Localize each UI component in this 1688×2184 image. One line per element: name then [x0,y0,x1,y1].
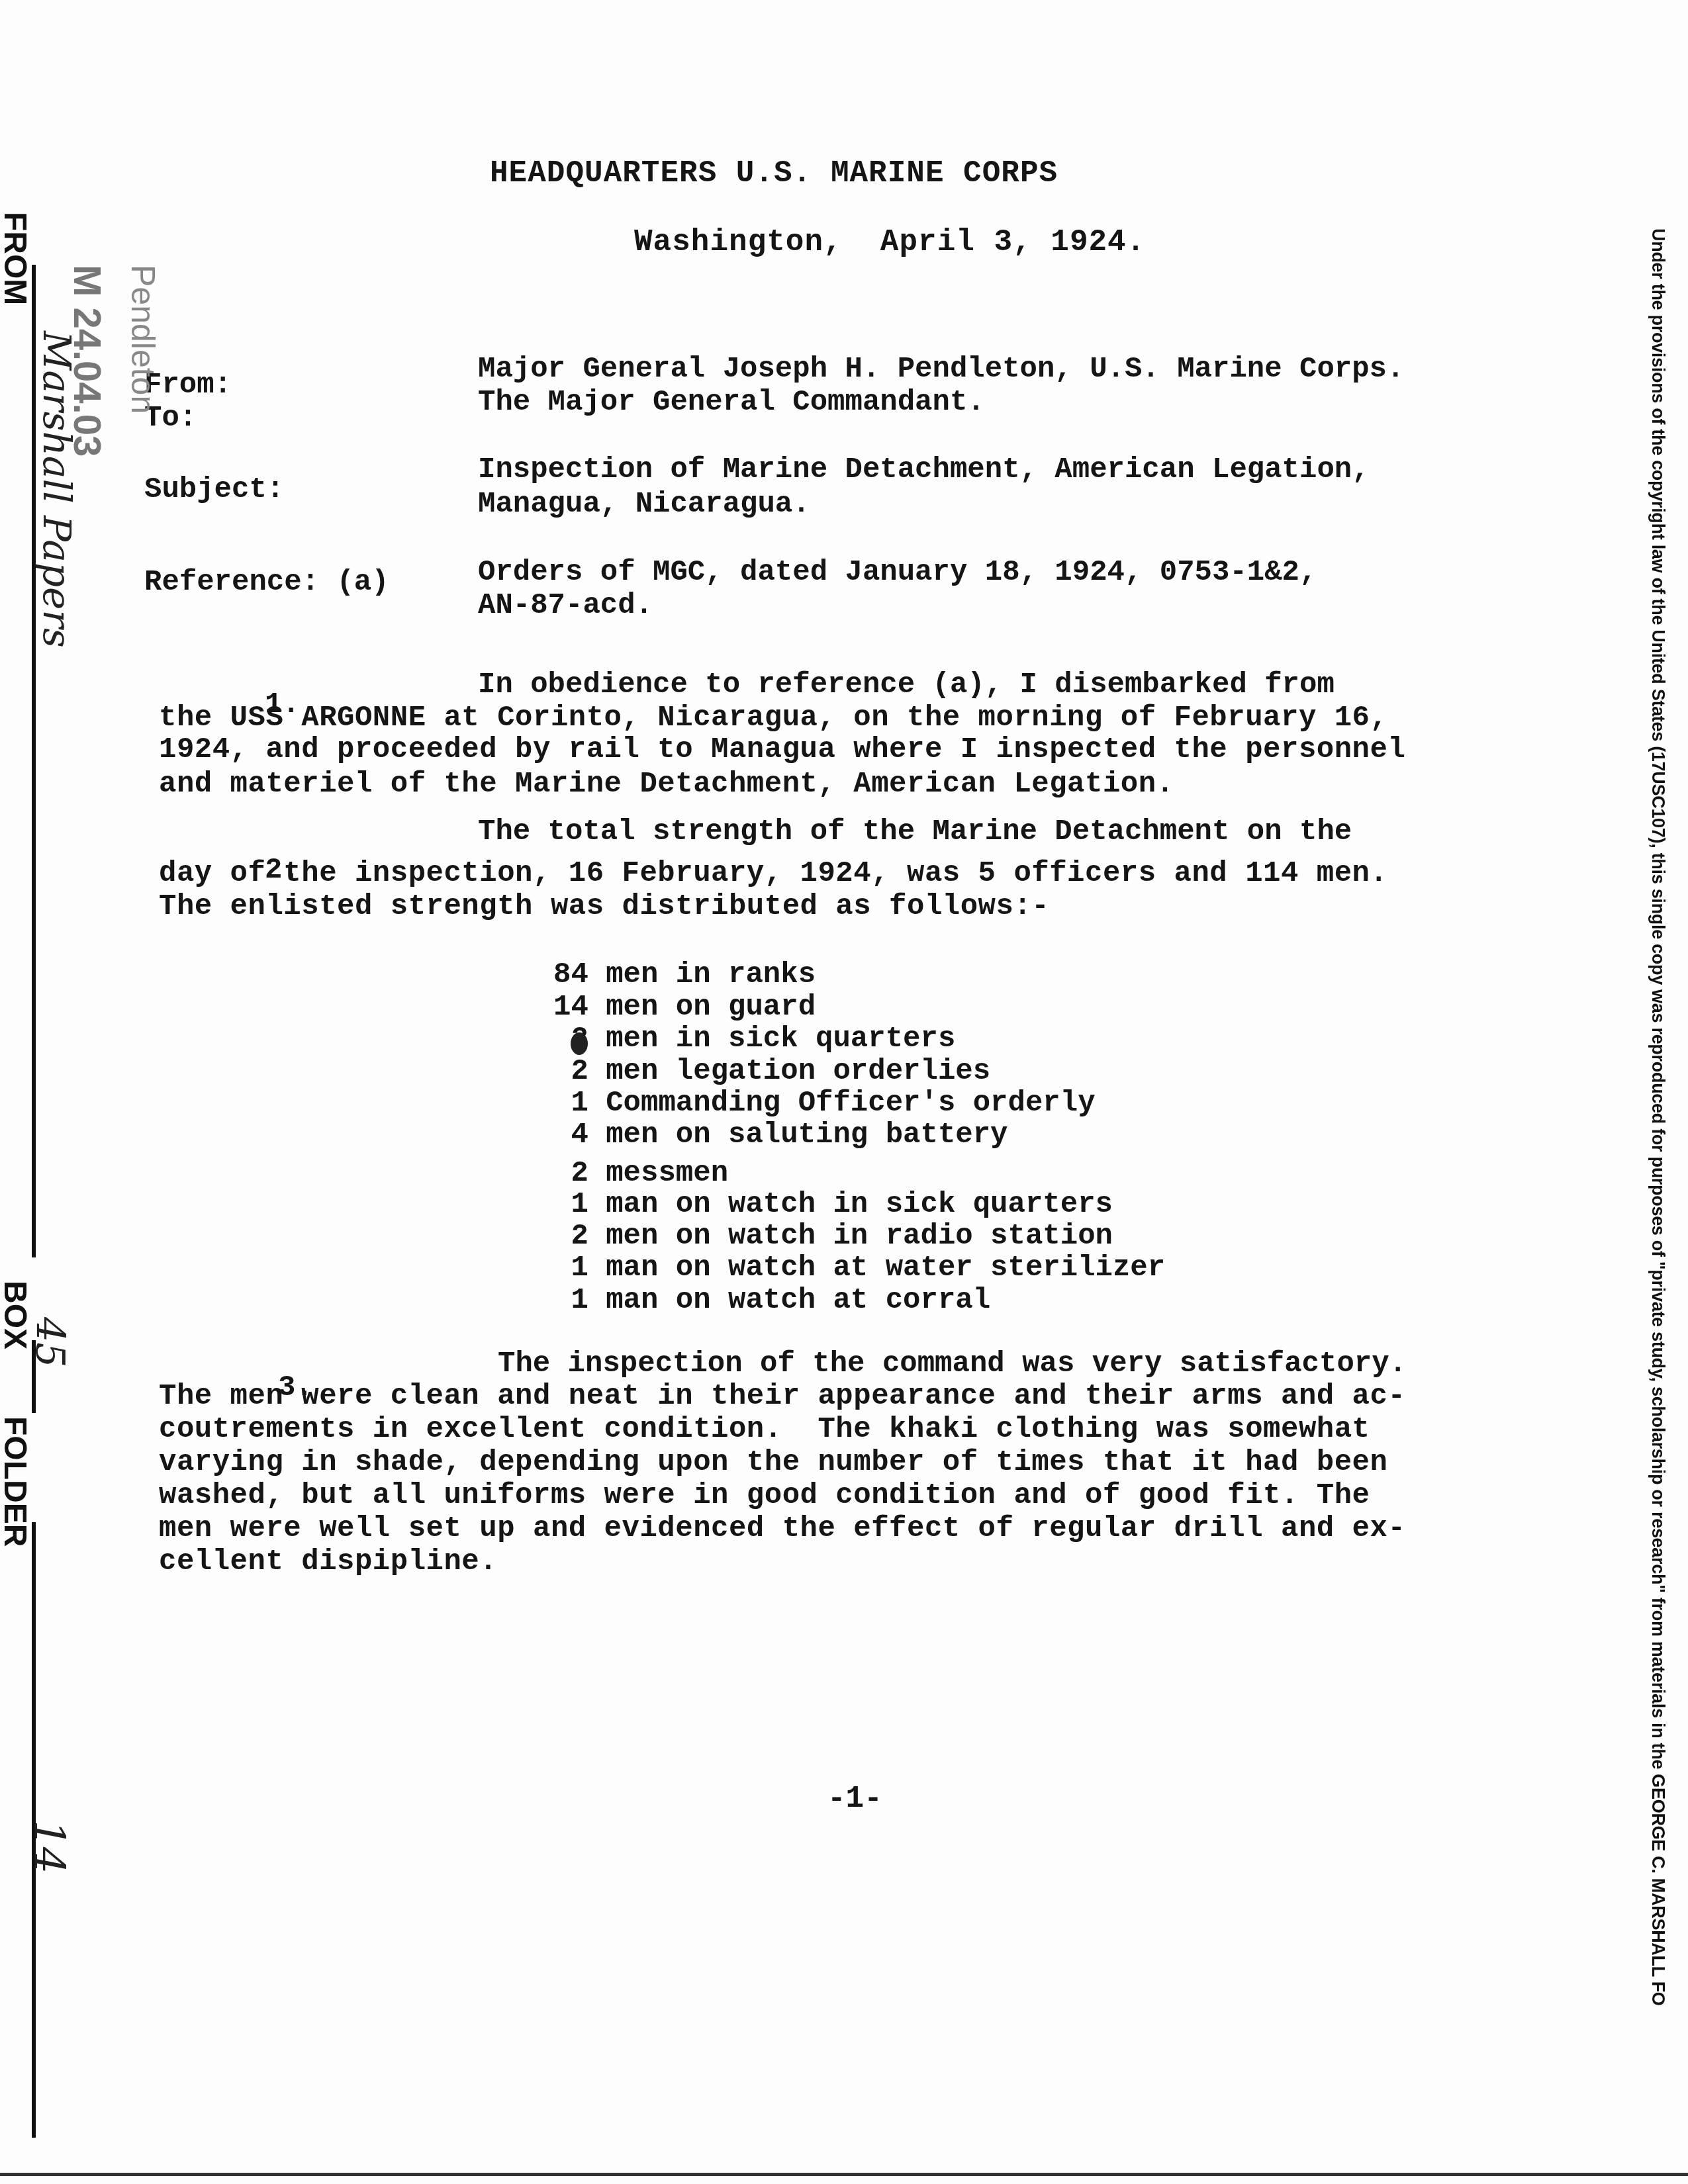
filing-from-label: FROM [0,212,33,305]
paragraph-3-line: The inspection of the command was very s… [498,1347,1407,1381]
distribution-item: 1 man on watch at corral [553,1284,990,1317]
distribution-item: 84 men in ranks [553,958,816,991]
paragraph-1-line: and materiel of the Marine Detachment, A… [159,768,1174,801]
distribution-item: 2 men legation orderlies [553,1055,990,1088]
distribution-item: 4 men on saluting battery [553,1118,1008,1152]
paragraph-1-line: In obedience to reference (a), I disemba… [478,668,1335,702]
ink-blot [571,1032,588,1055]
distribution-item: 1 man on watch in sick quarters [553,1188,1113,1221]
paragraph-3-line: coutrements in excellent condition. The … [159,1413,1370,1446]
reference-value-line-1: Orders of MGC, dated January 18, 1924, 0… [478,556,1317,589]
handwritten-box: 45 [26,1317,73,1367]
reference-value-line-2: AN-87-acd. [478,589,653,622]
paragraph-3-line: varying in shade, depending upon the num… [159,1446,1387,1479]
paragraph-3-line: men were well set up and evidenced the e… [159,1512,1405,1545]
filing-folder-label: FOLDER [0,1416,33,1547]
paragraph-1-line: the USS ARGONNE at Corinto, Nicaragua, o… [159,702,1387,735]
paragraph-2-line: The enlisted strength was distributed as… [159,890,1049,923]
paragraph-3-line: cellent dispipline. [159,1545,497,1578]
subject-value-line-2: Managua, Nicaragua. [478,488,810,521]
archive-stamp-number: M 24.04.03 [65,265,109,457]
from-value: Major General Joseph H. Pendleton, U.S. … [478,353,1404,386]
paragraph-2-line: day of the inspection, 16 February, 1924… [159,857,1387,890]
archive-stamp-name: Pendleton [124,265,162,414]
paragraph-3-line: The men were clean and neat in their app… [159,1380,1405,1413]
subject-label: Subject: [144,473,284,506]
paragraph-1-line: 1924, and proceeded by rail to Managua w… [159,733,1405,766]
page-number: -1- [827,1782,882,1816]
distribution-item: 2 men on watch in radio station [553,1220,1113,1253]
document-page: HEADQUARTERS U.S. MARINE CORPS Washingto… [0,0,1688,2184]
letterhead: HEADQUARTERS U.S. MARINE CORPS [490,156,1058,191]
distribution-item: 1 Commanding Officer's orderly [553,1087,1096,1120]
subject-value-line-1: Inspection of Marine Detachment, America… [478,453,1370,486]
distribution-item: 14 men on guard [553,991,816,1024]
to-value: The Major General Commandant. [478,386,985,419]
distribution-item: 2 men in sick quarters [553,1023,955,1056]
copyright-notice: Under the provisions of the copyright la… [1648,228,1668,2006]
handwritten-folder: 14 [24,1820,73,1874]
distribution-item: 2 messmen [553,1157,728,1190]
paragraph-3-line: washed, but all uniforms were in good co… [159,1479,1370,1512]
page-bottom-edge [0,2173,1688,2176]
reference-label: Reference: (a) [144,566,389,599]
place-date: Washington, April 3, 1924. [634,225,1145,259]
paragraph-2-line: The total strength of the Marine Detachm… [478,815,1352,848]
distribution-item: 1 man on watch at water sterilizer [553,1251,1165,1285]
